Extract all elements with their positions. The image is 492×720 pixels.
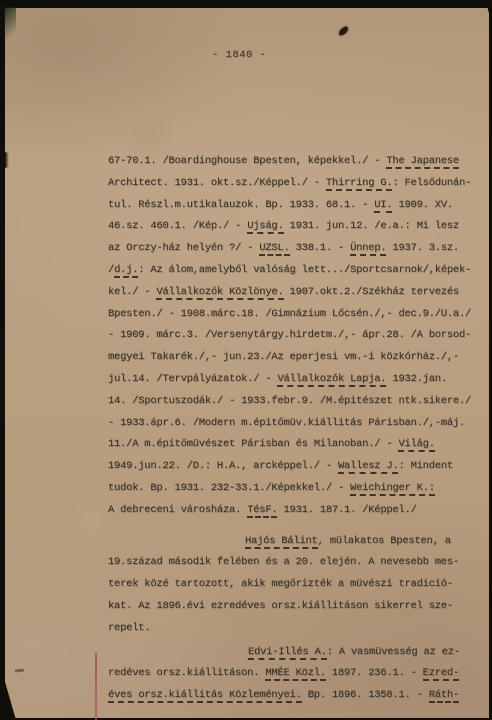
underlined-text: TésF. [247, 504, 277, 518]
underlined-text: UZSL. [259, 242, 289, 256]
text-line: 1949.jun.22. /D.: H.A., arcképpel./ - Wa… [108, 456, 480, 478]
text-segment: tul. Részl.m.utikalauzok. Bp. 1933. 68.1… [108, 199, 374, 211]
text-segment: Bpesten./ - 1908.márc.18. /Gimnázium Lőc… [108, 308, 471, 320]
text-line: - 1909. márc.3. /Versenytárgy.hirdetm./,… [108, 325, 480, 347]
text-segment: 1932.jan. [386, 373, 447, 385]
text-segment: 11./A m.épitőmüvészet Párisban és Milano… [108, 438, 398, 450]
text-segment: tudok. Bp. 1931. 232-33.1./Képekkel./ - [108, 482, 350, 494]
text-segment: 1931. 187.1. /Képpel./ [277, 504, 416, 516]
text-segment: megyei Takarék./,- jun.23./Az eperjesi v… [108, 351, 459, 363]
text-segment: 1949.jun.22. /D.: H.A., arcképpel./ - [108, 460, 338, 472]
underlined-text: Ezred- [423, 667, 459, 681]
paragraph: Hajós Bálint, mülakatos Bpesten, a19.szá… [108, 531, 480, 640]
underlined-text: Edvi-Illés A. [248, 646, 327, 660]
text-segment: 1937. 3.sz. [386, 242, 459, 254]
text-segment: 1897. 236.1. - [326, 667, 423, 679]
text-segment: 14. /Sportuszodák./ - 1933.febr.9. /M.ép… [108, 395, 471, 407]
text-segment: terek közé tartozott, akik megőrizték a … [108, 578, 453, 590]
text-segment: : Mindent [398, 460, 452, 472]
text-segment: redéves orsz.kiállitáson. [108, 667, 265, 679]
underlined-text: The Japanese [386, 155, 459, 169]
underlined-text: UI. [374, 199, 392, 213]
text-segment: 1931. jun.12. /e.a.: Mi lesz [284, 220, 459, 232]
text-segment: Bp. 1896. 1358.1. - [302, 689, 429, 701]
underlined-text: Vállalkozók Lapja. [277, 373, 386, 387]
scanned-page: - 1840 - 67-70.1. /Boardinghouse Bpesten… [0, 0, 492, 720]
text-line: Edvi-Illés A.: A vasmüvesség az ez- [108, 642, 480, 664]
underlined-text: Thirring G. [326, 177, 393, 191]
text-segment: kat. Az 1896.évi ezredéves orsz.kiállitá… [108, 600, 453, 612]
text-segment: jul.14. /Tervpályázatok./ - [108, 373, 277, 385]
underlined-text: éves orsz.kiállitás Közleményei. [108, 689, 302, 703]
text-segment: , mülakatos Bpesten, a [318, 535, 451, 547]
text-line: 11./A m.épitőmüvészet Párisban és Milano… [108, 434, 480, 456]
text-line: redéves orsz.kiállitáson. MMÉE Közl. 189… [108, 663, 480, 685]
text-line: kat. Az 1896.évi ezredéves orsz.kiállitá… [108, 596, 480, 618]
red-margin-line [95, 653, 97, 720]
text-line: tul. Részl.m.utikalauzok. Bp. 1933. 68.1… [108, 195, 480, 217]
underlined-text: Ünnep. [350, 242, 386, 256]
text-line: kel./ - Vállalkozók Közlönye. 1907.okt.2… [108, 282, 480, 304]
text-segment: repelt. [108, 622, 150, 634]
text-segment: az Orczy-ház helyén ?/ - [108, 242, 259, 254]
text-line: Bpesten./ - 1908.márc.18. /Gimnázium Lőc… [108, 304, 480, 326]
underlined-text: d.j. [114, 264, 138, 278]
underlined-text: Vállalkozók Közlönye. [156, 286, 283, 300]
paragraph: Edvi-Illés A.: A vasmüvesség az ez-redév… [108, 642, 480, 707]
text-segment: 1907.okt.2./Székház tervezés [284, 286, 459, 298]
text-line: Architect. 1931. okt.sz./Képpel./ - Thir… [108, 173, 480, 195]
text-line: 67-70.1. /Boardinghouse Bpesten, képekke… [108, 151, 480, 173]
edge-notch [0, 152, 9, 168]
text-line: jul.14. /Tervpályázatok./ - Vállalkozók … [108, 369, 480, 391]
underlined-text: MMÉE Közl. [265, 667, 326, 681]
text-line: Hajós Bálint, mülakatos Bpesten, a [108, 531, 480, 553]
underlined-text: Hajós Bálint [245, 535, 318, 549]
text-line: repelt. [108, 618, 480, 640]
text-line: megyei Takarék./,- jun.23./Az eperjesi v… [108, 347, 480, 369]
page-number: - 1840 - [212, 49, 266, 61]
text-line: 46.sz. 460.1. /Kép./ - Ujság. 1931. jun.… [108, 216, 480, 238]
paragraph: 67-70.1. /Boardinghouse Bpesten, képekke… [108, 151, 480, 522]
text-segment: A debreceni városháza. [108, 504, 247, 516]
text-line: A debreceni városháza. TésF. 1931. 187.1… [108, 500, 480, 522]
text-segment: 46.sz. 460.1. /Kép./ - [108, 220, 247, 232]
text-segment: kel./ - [108, 286, 156, 298]
text-segment: 1909. XV. [392, 199, 453, 211]
underlined-text: Ráth- [429, 689, 459, 703]
underlined-text: Világ. [398, 438, 434, 452]
text-segment: 338.1. - [290, 242, 351, 254]
underlined-text: Weichinger K.: [350, 482, 435, 496]
text-line: /d.j.: Az álom,amelyből valóság lett.../… [108, 260, 480, 282]
text-segment: 19.század második felében és a 20. elejé… [108, 556, 459, 568]
text-line: - 1933.ápr.6. /Modern m.épitőmüv.kiállit… [108, 413, 480, 435]
text-segment: 67-70.1. /Boardinghouse Bpesten, képekke… [108, 155, 386, 167]
text-segment: - 1909. márc.3. /Versenytárgy.hirdetm./,… [108, 329, 471, 341]
text-line: az Orczy-ház helyén ?/ - UZSL. 338.1. - … [108, 238, 480, 260]
text-segment: - 1933.ápr.6. /Modern m.épitőmüv.kiállit… [108, 417, 465, 429]
text-line: tudok. Bp. 1931. 232-33.1./Képekkel./ - … [108, 478, 480, 500]
text-segment: : Az álom,amelyből valóság lett.../Sport… [138, 264, 471, 276]
text-line: 14. /Sportuszodák./ - 1933.febr.9. /M.ép… [108, 391, 480, 413]
text-line: terek közé tartozott, akik megőrizték a … [108, 574, 480, 596]
underlined-text: Wallesz J. [338, 460, 399, 474]
corner-stain-top-left [4, 7, 16, 41]
text-segment: : A vasmüvesség az ez- [327, 646, 460, 658]
text-segment: Architect. 1931. okt.sz./Képpel./ - [108, 177, 326, 189]
typewritten-text-block: 67-70.1. /Boardinghouse Bpesten, képekke… [108, 151, 480, 707]
text-line: 19.század második felében és a 20. elejé… [108, 552, 480, 574]
underlined-text: Ujság. [247, 220, 283, 234]
text-line: éves orsz.kiállitás Közleményei. Bp. 189… [108, 685, 480, 707]
text-segment: : Felsődunán- [392, 177, 471, 189]
